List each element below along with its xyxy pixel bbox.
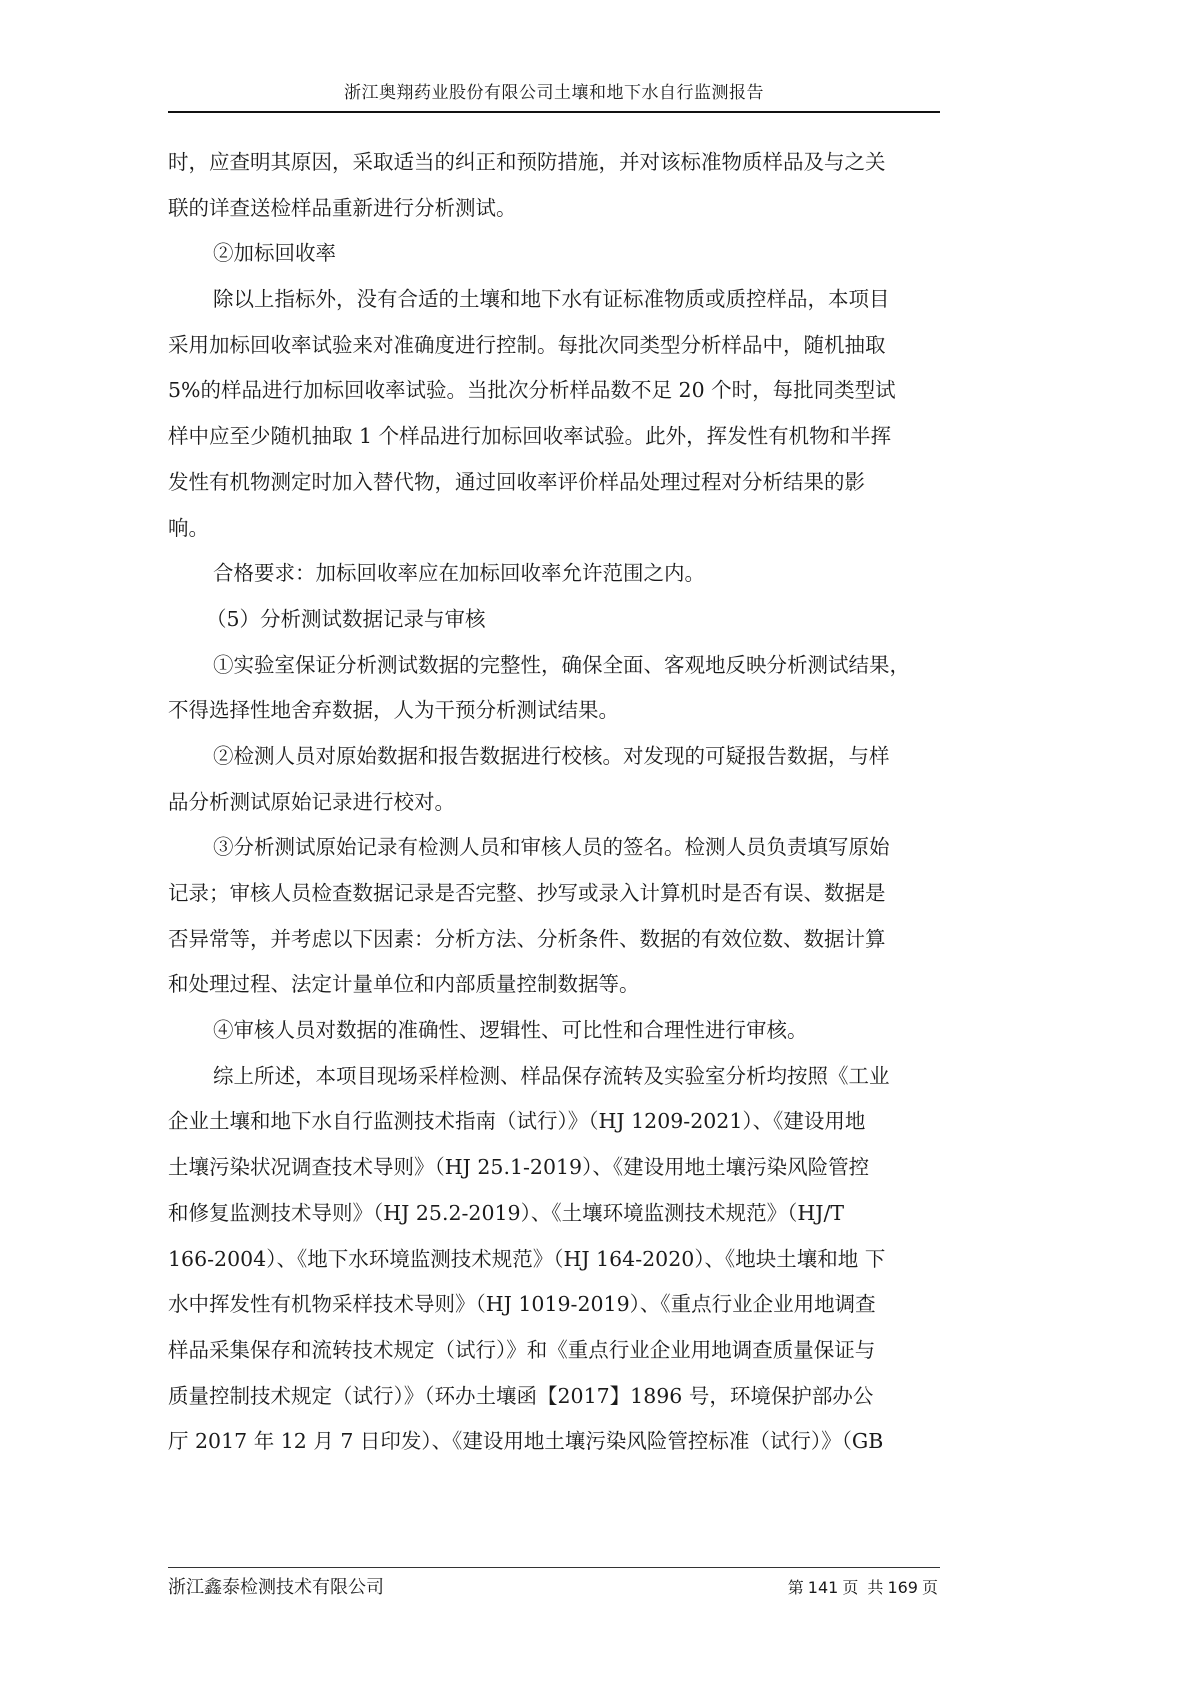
body-line: 联的详查送检样品重新进行分析测试。 bbox=[168, 186, 940, 232]
body-line: 发性有机物测定时加入替代物，通过回收率评价样品处理过程对分析结果的影 bbox=[168, 460, 940, 506]
body-line: 否异常等，并考虑以下因素：分析方法、分析条件、数据的有效位数、数据计算 bbox=[168, 917, 940, 963]
page-total: 169 bbox=[887, 1578, 918, 1597]
body-line: 厅 2017 年 12 月 7 日印发）、《建设用地土壤污染风险管控标准（试行）… bbox=[168, 1419, 940, 1465]
body-line: 166-2004）、《地下水环境监测技术规范》（HJ 164-2020）、《地块… bbox=[168, 1237, 940, 1283]
body-line: 企业土壤和地下水自行监测技术指南（试行）》（HJ 1209-2021）、《建设用… bbox=[168, 1099, 940, 1145]
body-line: 除以上指标外，没有合适的土壤和地下水有证标准物质或质控样品，本项目 bbox=[168, 277, 940, 323]
body-line: 响。 bbox=[168, 506, 940, 552]
page-current: 141 bbox=[808, 1578, 839, 1597]
body-line: 综上所述，本项目现场采样检测、样品保存流转及实验室分析均按照《工业 bbox=[168, 1054, 940, 1100]
body-line: ①实验室保证分析测试数据的完整性，确保全面、客观地反映分析测试结果， bbox=[168, 643, 940, 689]
page-mid: 页 共 bbox=[842, 1578, 883, 1597]
footer-company: 浙江鑫泰检测技术有限公司 bbox=[168, 1573, 384, 1599]
page-suffix: 页 bbox=[922, 1578, 938, 1597]
page-number: 第141页 共169页 bbox=[786, 1575, 940, 1598]
body-line: 品分析测试原始记录进行校对。 bbox=[168, 780, 940, 826]
body-line: 土壤污染状况调查技术导则》（HJ 25.1-2019）、《建设用地土壤污染风险管… bbox=[168, 1145, 940, 1191]
subsection-heading: ②加标回收率 bbox=[168, 231, 940, 277]
body-line: 样中应至少随机抽取 1 个样品进行加标回收率试验。此外，挥发性有机物和半挥 bbox=[168, 414, 940, 460]
body-line: ③分析测试原始记录有检测人员和审核人员的签名。检测人员负责填写原始 bbox=[168, 825, 940, 871]
body-line: 5%的样品进行加标回收率试验。当批次分析样品数不足 20 个时，每批同类型试 bbox=[168, 368, 940, 414]
body-line: ②检测人员对原始数据和报告数据进行校核。对发现的可疑报告数据，与样 bbox=[168, 734, 940, 780]
requirement-line: 合格要求：加标回收率应在加标回收率允许范围之内。 bbox=[168, 551, 940, 597]
body-line: 不得选择性地舍弃数据，人为干预分析测试结果。 bbox=[168, 688, 940, 734]
body-line: 记录；审核人员检查数据记录是否完整、抄写或录入计算机时是否有误、数据是 bbox=[168, 871, 940, 917]
body-line: ④审核人员对数据的准确性、逻辑性、可比性和合理性进行审核。 bbox=[168, 1008, 940, 1054]
body-line: 水中挥发性有机物采样技术导则》（HJ 1019-2019）、《重点行业企业用地调… bbox=[168, 1282, 940, 1328]
body-line: 和修复监测技术导则》（HJ 25.2-2019）、《土壤环境监测技术规范》（HJ… bbox=[168, 1191, 940, 1237]
body-line: 样品采集保存和流转技术规定（试行）》和《重点行业企业用地调查质量保证与 bbox=[168, 1328, 940, 1374]
body-line: 采用加标回收率试验来对准确度进行控制。每批次同类型分析样品中，随机抽取 bbox=[168, 323, 940, 369]
footer-divider bbox=[168, 1567, 940, 1568]
header-divider bbox=[168, 111, 940, 113]
body-line: 时，应查明其原因，采取适当的纠正和预防措施，并对该标准物质样品及与之关 bbox=[168, 140, 940, 186]
document-header-title: 浙江奥翔药业股份有限公司土壤和地下水自行监测报告 bbox=[168, 78, 940, 103]
page-prefix: 第 bbox=[788, 1578, 804, 1597]
body-line: 和处理过程、法定计量单位和内部质量控制数据等。 bbox=[168, 962, 940, 1008]
section-heading: （5）分析测试数据记录与审核 bbox=[168, 597, 940, 643]
document-body: 时，应查明其原因，采取适当的纠正和预防措施，并对该标准物质样品及与之关 联的详查… bbox=[168, 140, 940, 1465]
body-line: 质量控制技术规定（试行）》（环办土壤函【2017】1896 号，环境保护部办公 bbox=[168, 1374, 940, 1420]
